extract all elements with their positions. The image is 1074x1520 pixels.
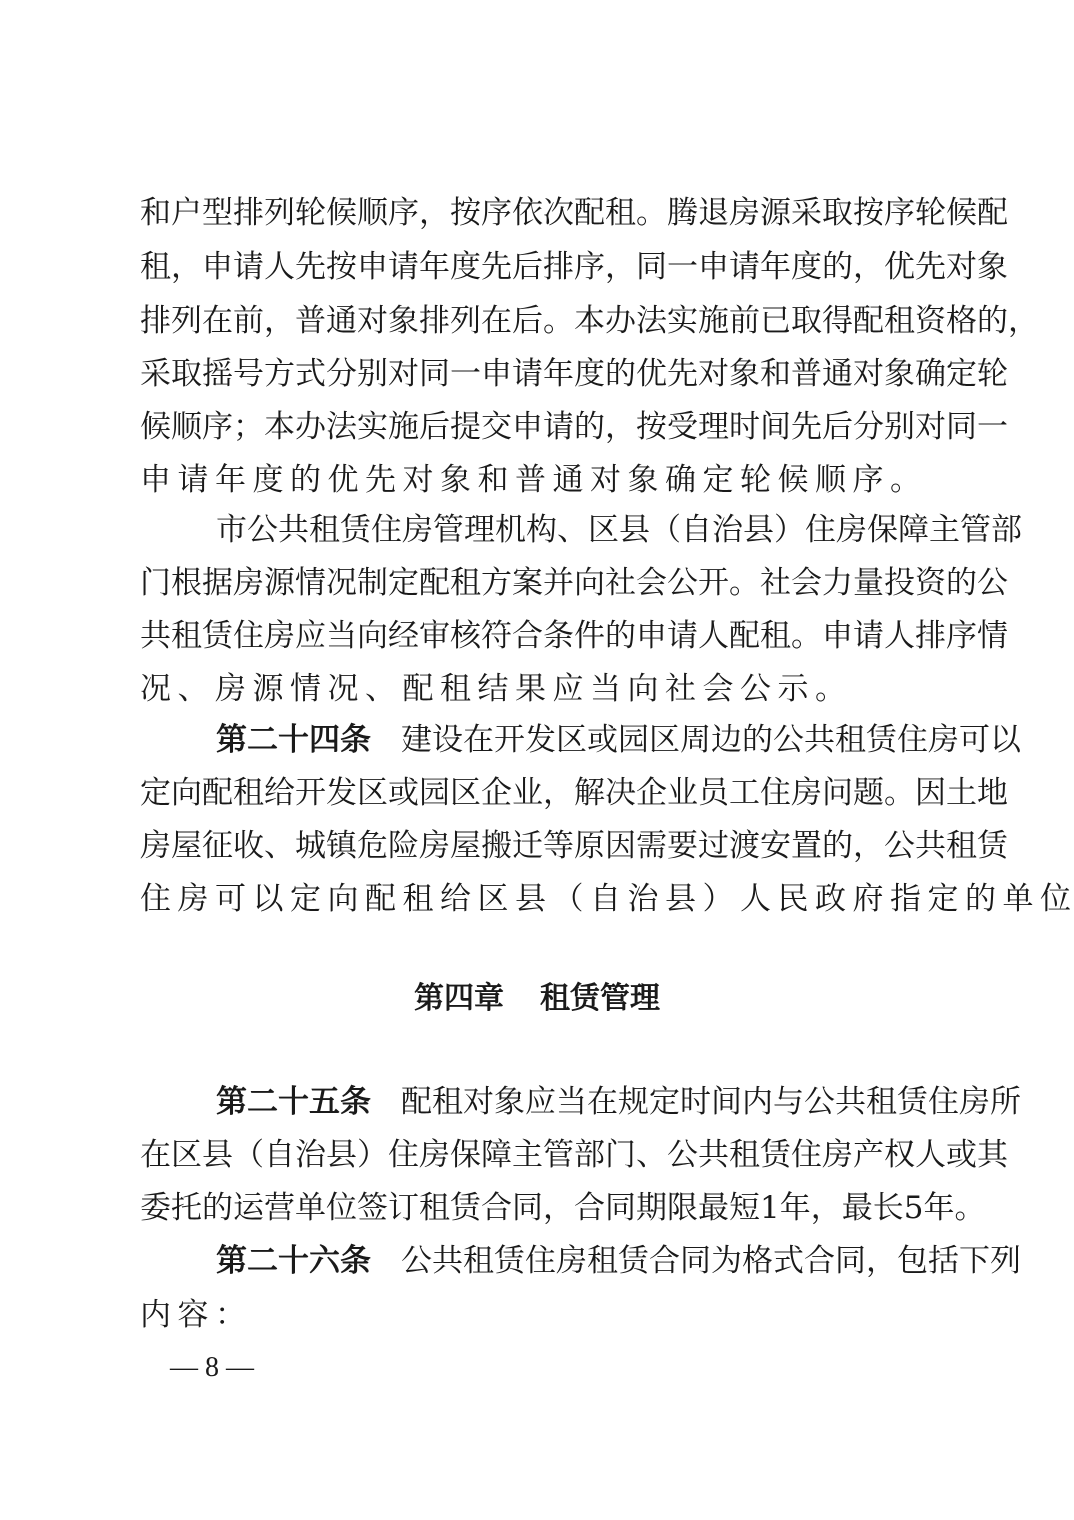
text-line: 共租赁住房应当向经审核符合条件的申请人配租。申请人排序情: [140, 610, 940, 663]
chapter-number: 第四章: [414, 981, 504, 1016]
chapter-title: 租赁管理: [540, 981, 660, 1016]
text-line: 委托的运营单位签订租赁合同，合同期限最短1年，最长5年。: [140, 1182, 940, 1235]
text-line: 住房可以定向配租给区县（自治县）人民政府指定的单位。: [140, 873, 940, 926]
document-page: 和户型排列轮候顺序，按序依次配租。腾退房源采取按序轮候配 租，申请人先按申请年度…: [0, 0, 1074, 1520]
text-line: 房屋征收、城镇危险房屋搬迁等原因需要过渡安置的，公共租赁: [140, 820, 940, 873]
text-line: 采取摇号方式分别对同一申请年度的优先对象和普通对象确定轮: [140, 348, 940, 401]
text-line: 排列在前，普通对象排列在后。本办法实施前已取得配租资格的，: [140, 295, 940, 348]
article-label: 第二十四条: [216, 722, 371, 758]
text-line: 第二十五条配租对象应当在规定时间内与公共租赁住房所: [140, 1076, 940, 1129]
text-line: 候顺序；本办法实施后提交申请的，按受理时间先后分别对同一: [140, 401, 940, 454]
text-line: 在区县（自治县）住房保障主管部门、公共租赁住房产权人或其: [140, 1129, 940, 1182]
article-text: 配租对象应当在规定时间内与公共租赁住房所: [401, 1084, 1021, 1120]
text-line: 申请年度的优先对象和普通对象确定轮候顺序。: [140, 454, 940, 507]
article-label: 第二十五条: [216, 1084, 371, 1120]
chapter-heading: 第四章租赁管理: [0, 972, 1074, 1025]
article-label: 第二十六条: [216, 1243, 371, 1279]
text-line: 内容：: [140, 1289, 940, 1342]
page-number: — 8 —: [170, 1348, 254, 1388]
article-text: 建设在开发区或园区周边的公共租赁住房可以: [401, 722, 1021, 758]
text-line: 门根据房源情况制定配租方案并向社会公开。社会力量投资的公: [140, 557, 940, 610]
text-line: 市公共租赁住房管理机构、区县（自治县）住房保障主管部: [140, 504, 940, 557]
text-line: 和户型排列轮候顺序，按序依次配租。腾退房源采取按序轮候配: [140, 187, 940, 240]
article-text: 公共租赁住房租赁合同为格式合同，包括下列: [401, 1243, 1021, 1279]
text-line: 租，申请人先按申请年度先后排序，同一申请年度的，优先对象: [140, 241, 940, 294]
text-line: 况、房源情况、配租结果应当向社会公示。: [140, 663, 940, 716]
text-line: 第二十四条建设在开发区或园区周边的公共租赁住房可以: [140, 714, 940, 767]
text-line: 定向配租给开发区或园区企业，解决企业员工住房问题。因土地: [140, 767, 940, 820]
text-line: 第二十六条公共租赁住房租赁合同为格式合同，包括下列: [140, 1235, 940, 1288]
